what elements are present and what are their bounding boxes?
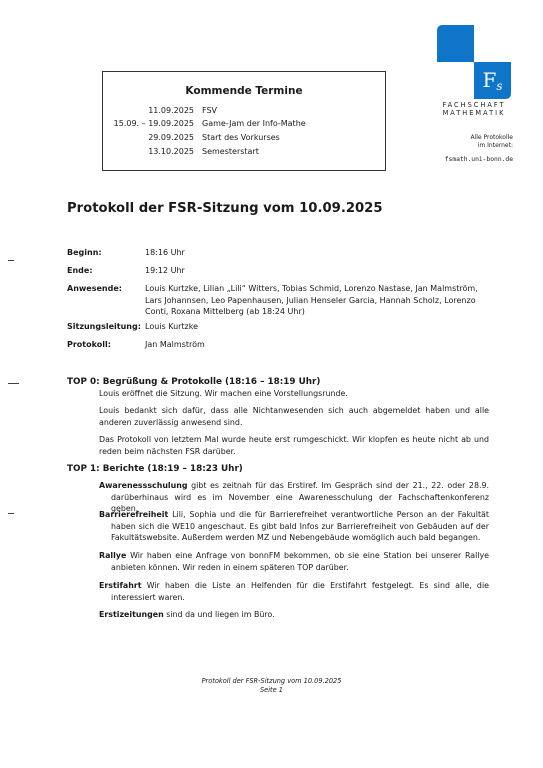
event-label: FSV	[202, 105, 217, 116]
report-term: Erstizeitungen	[99, 610, 164, 619]
begin-value: 18:16 Uhr	[145, 247, 490, 259]
report-text: Wir haben eine Anfrage von bonnFM bekomm…	[111, 551, 489, 572]
event-row: 29.09.2025 Start des Vorkurses	[103, 132, 387, 143]
margin-mark	[8, 513, 14, 514]
logo-text-line2: MATHEMATIK	[434, 109, 514, 117]
end-value: 19:12 Uhr	[145, 265, 490, 277]
top-0-heading: TOP 0: Begrüßung & Protokolle (18:16 – 1…	[67, 377, 320, 387]
report-term: Erstifahrt	[99, 581, 142, 590]
paragraph: Louis bedankt sich dafür, dass alle Nich…	[99, 405, 489, 428]
protocols-online-note: Alle Protokolle im Internet:	[470, 134, 513, 150]
margin-mark	[8, 383, 19, 384]
event-label: Start des Vorkurses	[202, 132, 280, 143]
report-term: Awarenessschulung	[99, 481, 188, 490]
attendees-label: Anwesende:	[67, 284, 122, 293]
footer-title: Protokoll der FSR-Sitzung vom 10.09.2025	[0, 677, 543, 686]
minutes-value: Jan Malmström	[145, 339, 490, 351]
note-line2: im Internet:	[470, 142, 513, 150]
report-term: Rallye	[99, 551, 126, 560]
page-number: Seite 1	[0, 686, 543, 695]
logo-square-top	[437, 25, 474, 62]
event-date: 13.10.2025	[148, 146, 194, 157]
note-line1: Alle Protokolle	[470, 134, 513, 142]
chair-label: Sitzungsleitung:	[67, 322, 141, 331]
event-row: 11.09.2025 FSV	[103, 105, 387, 116]
chair-value: Louis Kurtzke	[145, 321, 490, 333]
logo-mark-sub: s	[496, 79, 502, 93]
event-label: Semesterstart	[202, 146, 259, 157]
report-item: Barrierefreiheit Lili, Sophia und die fü…	[99, 509, 489, 544]
top-1-heading: TOP 1: Berichte (18:19 – 18:23 Uhr)	[67, 464, 243, 474]
paragraph: Das Protokoll von letztem Mal wurde heut…	[99, 434, 489, 457]
event-row: 15.09. – 19.09.2025 Game-Jam der Info-Ma…	[103, 118, 387, 129]
logo-mark: F	[482, 68, 496, 92]
report-item: Rallye Wir haben eine Anfrage von bonnFM…	[99, 550, 489, 573]
event-row: 13.10.2025 Semesterstart	[103, 146, 387, 157]
end-label: Ende:	[67, 266, 93, 275]
margin-mark	[8, 260, 14, 261]
paragraph: Louis eröffnet die Sitzung. Wir machen e…	[99, 388, 489, 400]
fs-logo-icon: Fs	[474, 62, 511, 99]
minutes-label: Protokoll:	[67, 340, 111, 349]
event-date: 15.09. – 19.09.2025	[114, 118, 194, 129]
event-date: 11.09.2025	[148, 105, 194, 116]
event-date: 29.09.2025	[148, 132, 194, 143]
report-text: sind da und liegen im Büro.	[166, 610, 274, 619]
report-item: Erstizeitungen sind da und liegen im Bür…	[99, 609, 489, 621]
page-title: Protokoll der FSR-Sitzung vom 10.09.2025	[67, 201, 383, 216]
website-link[interactable]: fsmath.uni-bonn.de	[445, 156, 513, 163]
begin-label: Beginn:	[67, 248, 102, 257]
attendees-value: Louis Kurtzke, Lilian „Lili“ Witters, To…	[145, 283, 490, 318]
report-text: Wir haben die Liste an Helfenden für die…	[111, 581, 489, 602]
event-label: Game-Jam der Info-Mathe	[202, 118, 306, 129]
upcoming-events-box: Kommende Termine 11.09.2025 FSV 15.09. –…	[102, 71, 386, 171]
logo-text-line1: FACHSCHAFT	[434, 101, 514, 109]
report-term: Barrierefreiheit	[99, 510, 168, 519]
upcoming-events-title: Kommende Termine	[103, 85, 385, 97]
report-text: Lili, Sophia und die für Barrierefreihet…	[111, 510, 489, 542]
report-item: Erstifahrt Wir haben die Liste an Helfen…	[99, 580, 489, 603]
